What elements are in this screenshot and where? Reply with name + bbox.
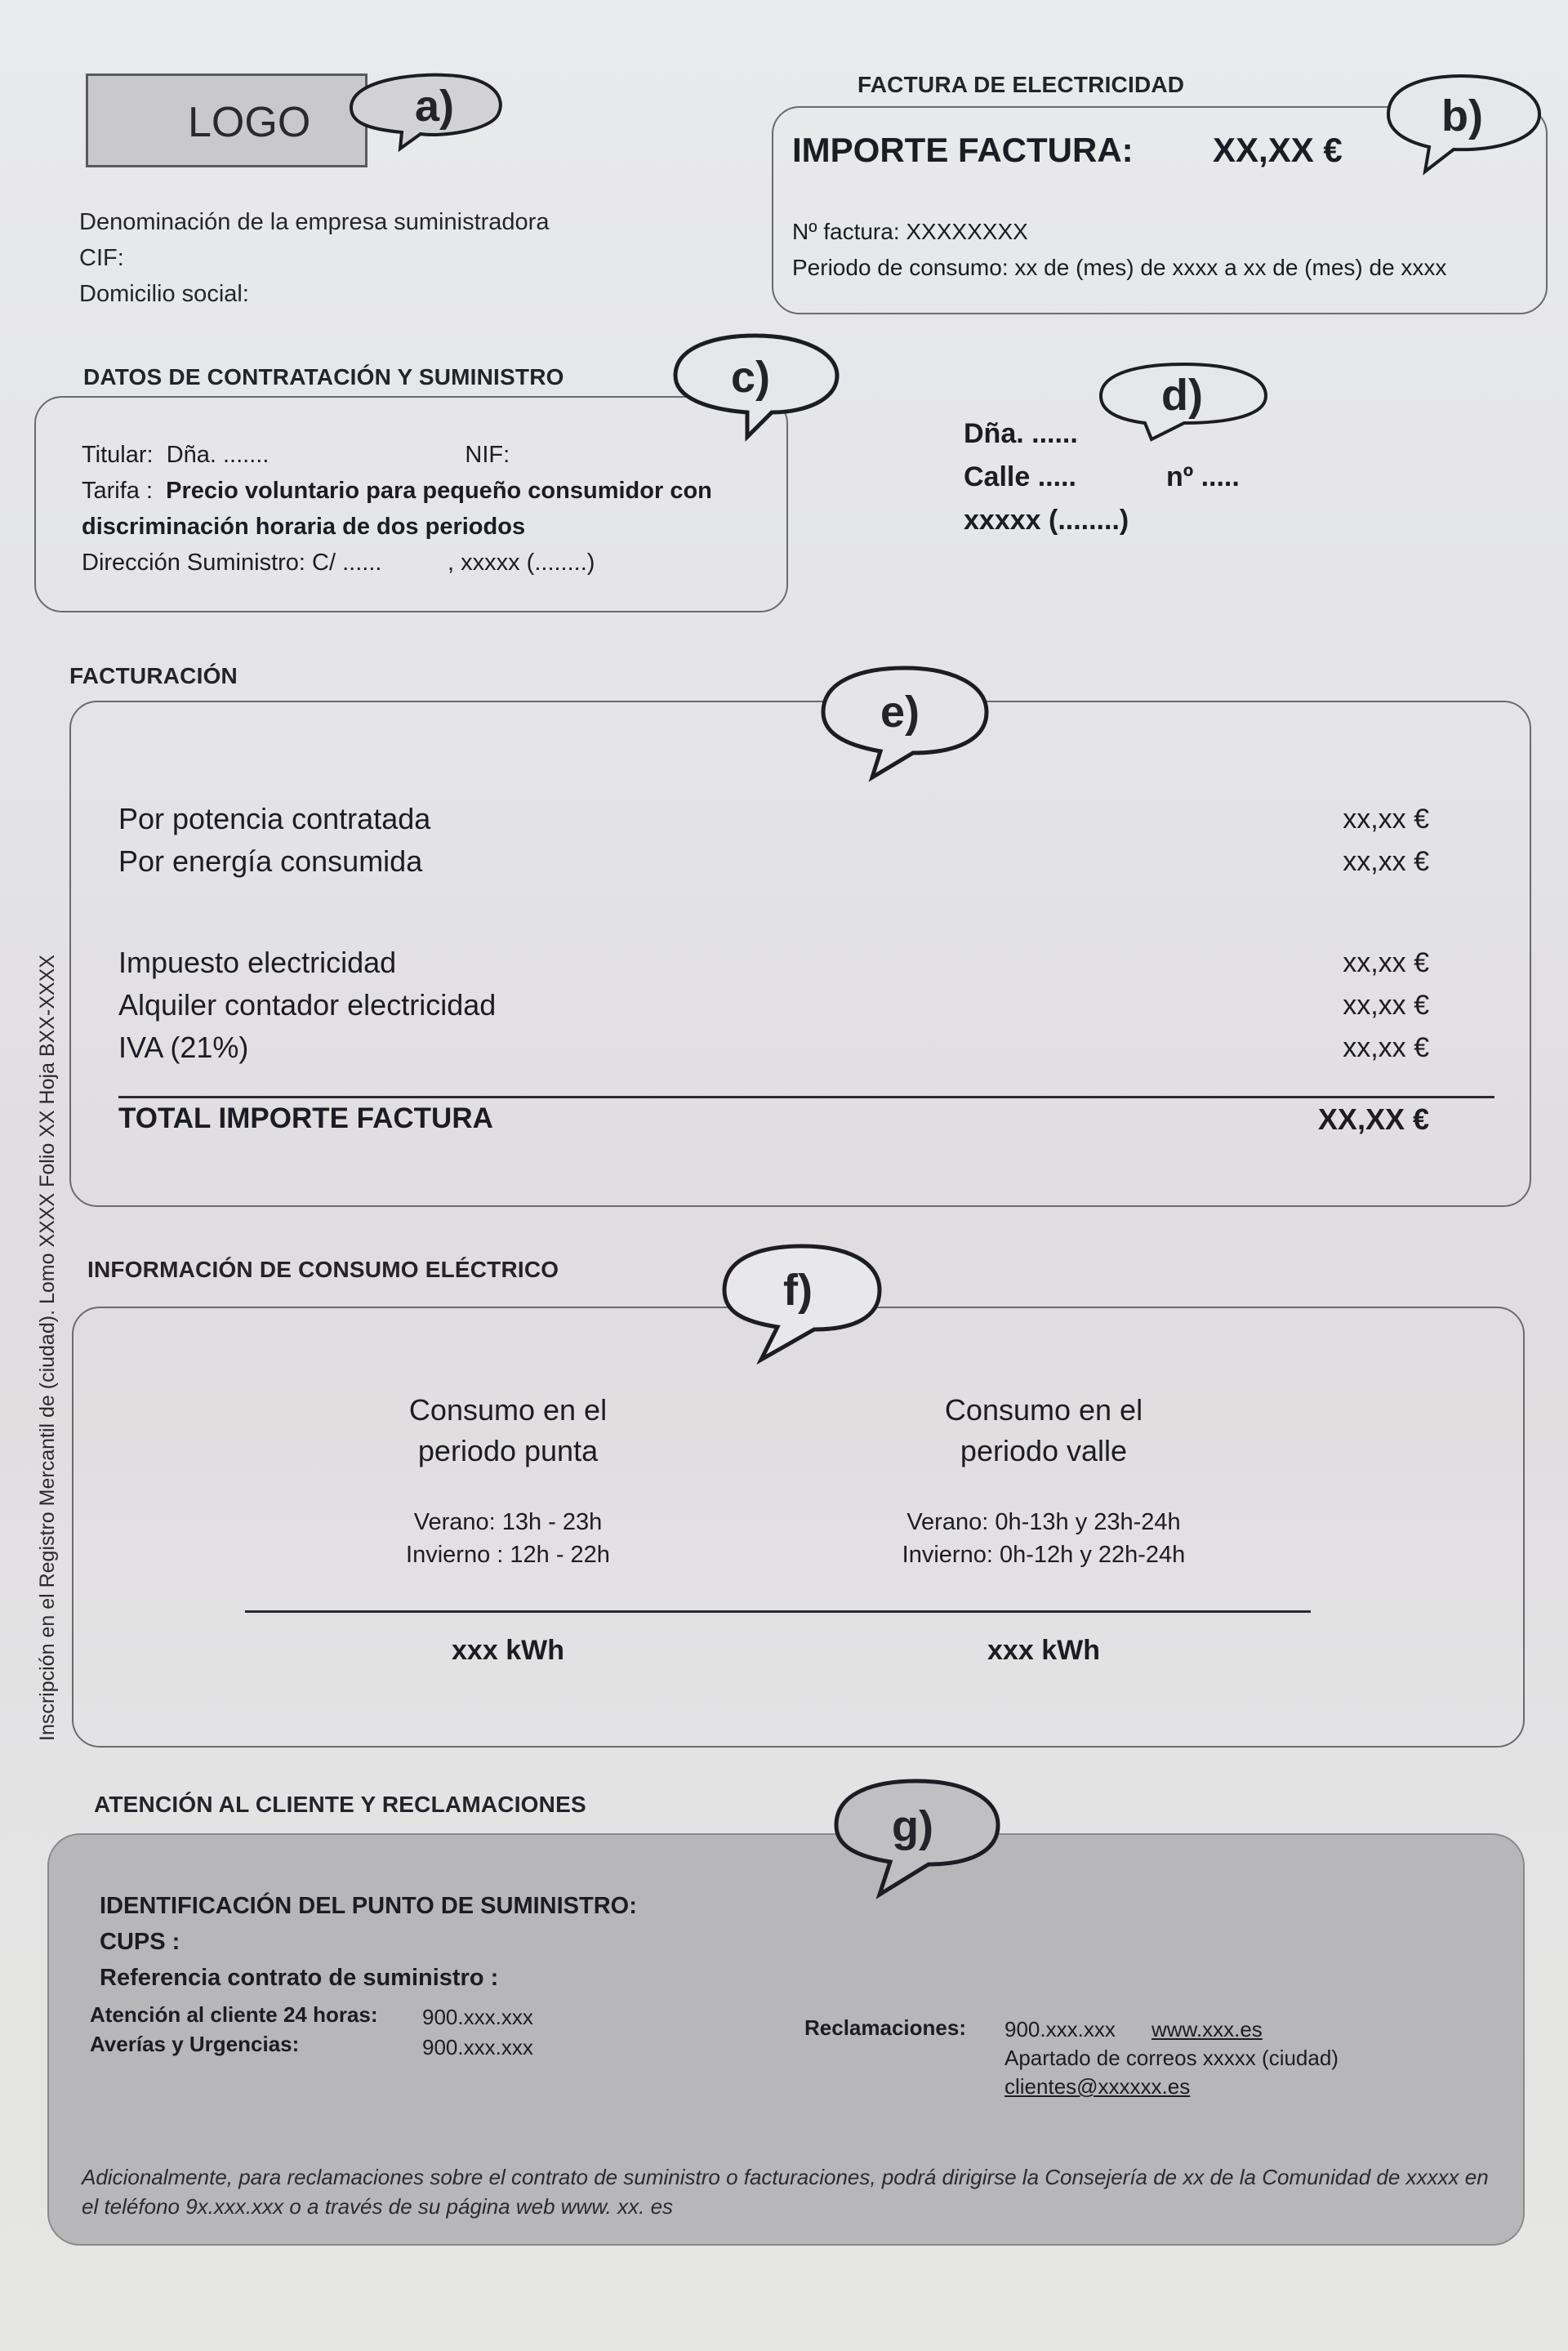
claims-web-link[interactable]: www.xxx.es <box>1151 2017 1263 2042</box>
billing-item-label: Impuesto electricidad <box>118 946 396 980</box>
peak-summer-hours: Verano: 13h - 23h <box>296 1506 720 1538</box>
valley-period: Consumo en el periodo valle Verano: 0h-1… <box>831 1390 1256 1667</box>
peak-kwh: xxx kWh <box>296 1635 720 1667</box>
svg-text:b): b) <box>1441 91 1483 140</box>
consumption-period: Periodo de consumo: xx de (mes) de xxxx … <box>792 250 1446 286</box>
callout-f: f) <box>716 1241 888 1368</box>
invoice-details: Nº factura: XXXXXXXX Periodo de consumo:… <box>792 214 1446 286</box>
billing-item-value: xx,xx € <box>1343 1032 1429 1064</box>
billing-item-label: Por energía consumida <box>118 844 422 879</box>
invoice-section-title: FACTURA DE ELECTRICIDAD <box>857 72 1184 98</box>
billing-section-title: FACTURACIÓN <box>69 663 238 689</box>
valley-summer-hours: Verano: 0h-13h y 23h-24h <box>831 1506 1256 1538</box>
billing-item-value: xx,xx € <box>1343 846 1429 878</box>
claims-po-box: Apartado de correos xxxxx (ciudad) <box>1004 2046 1339 2071</box>
recipient-street: Calle ..... <box>964 461 1076 492</box>
billing-item-value: xx,xx € <box>1343 990 1429 1022</box>
amount-value: XX,XX € <box>1213 131 1343 170</box>
svg-text:d): d) <box>1161 371 1203 420</box>
supply-id-title: IDENTIFICACIÓN DEL PUNTO DE SUMINISTRO: <box>100 1888 637 1924</box>
claims-label: Reclamaciones: <box>804 2015 966 2041</box>
breakdown-phone[interactable]: 900.xxx.xxx <box>422 2035 533 2060</box>
svg-text:f): f) <box>783 1266 813 1315</box>
company-cif: CIF: <box>79 240 549 276</box>
svg-text:a): a) <box>415 82 454 131</box>
peak-title-1: Consumo en el <box>296 1390 720 1431</box>
company-name: Denominación de la empresa suministrador… <box>79 204 549 240</box>
consumption-section-title: INFORMACIÓN DE CONSUMO ELÉCTRICO <box>87 1257 559 1283</box>
contract-ref-label: Referencia contrato de suministro : <box>100 1960 637 1996</box>
holder-value: Dña. ....... <box>167 442 269 468</box>
valley-kwh: xxx kWh <box>831 1635 1256 1667</box>
invoice-number: Nº factura: XXXXXXXX <box>792 214 1446 250</box>
supply-address: Dirección Suministro: C/ ...... , xxxxx … <box>82 545 712 581</box>
contract-section-title: DATOS DE CONTRATACIÓN Y SUMINISTRO <box>83 364 564 390</box>
tariff-label: Tarifa : <box>82 478 153 504</box>
billing-item-label: IVA (21%) <box>118 1031 248 1065</box>
logo: LOGO <box>188 98 310 147</box>
total-label: TOTAL IMPORTE FACTURA <box>118 1102 493 1135</box>
cups-label: CUPS : <box>100 1924 637 1960</box>
callout-e: e) <box>815 663 995 786</box>
peak-period: Consumo en el periodo punta Verano: 13h … <box>296 1390 720 1667</box>
recipient-number: nº ..... <box>1166 461 1240 492</box>
svg-text:e): e) <box>880 688 920 737</box>
company-address: Domicilio social: <box>79 276 549 312</box>
holder-label: Titular: <box>82 442 154 468</box>
customer-service-section-title: ATENCIÓN AL CLIENTE Y RECLAMACIONES <box>94 1792 586 1818</box>
tariff-value: Precio voluntario para pequeño consumido… <box>166 478 712 504</box>
contract-details: Titular: Dña. .......NIF: Tarifa : Preci… <box>82 437 712 581</box>
billing-item-value: xx,xx € <box>1343 804 1429 835</box>
callout-g: g) <box>826 1776 1006 1903</box>
valley-title-2: periodo valle <box>831 1431 1256 1472</box>
registry-info: Inscripción en el Registro Mercantil de … <box>36 955 60 1741</box>
nif-label: NIF: <box>465 442 510 468</box>
peak-winter-hours: Invierno : 12h - 22h <box>296 1538 720 1571</box>
billing-item-label: Alquiler contador electricidad <box>118 988 496 1022</box>
svg-text:c): c) <box>731 353 770 402</box>
claims-email-link[interactable]: clientes@xxxxxx.es <box>1004 2074 1190 2099</box>
peak-title-2: periodo punta <box>296 1431 720 1472</box>
total-value: XX,XX € <box>1318 1102 1429 1137</box>
support-phone[interactable]: 900.xxx.xxx <box>422 2005 533 2030</box>
amount-label: IMPORTE FACTURA: <box>792 131 1134 170</box>
billing-item-value: xx,xx € <box>1343 947 1429 979</box>
callout-c: c) <box>666 331 845 449</box>
callout-a: a) <box>343 67 514 161</box>
claims-phone[interactable]: 900.xxx.xxx <box>1004 2017 1116 2042</box>
consumption-divider <box>245 1610 1311 1613</box>
support-label: Atención al cliente 24 horas: <box>90 2002 378 2028</box>
svg-text:g): g) <box>892 1802 933 1851</box>
valley-title-1: Consumo en el <box>831 1390 1256 1431</box>
valley-winter-hours: Invierno: 0h-12h y 22h-24h <box>831 1538 1256 1571</box>
tariff-value-cont: discriminación horaria de dos periodos <box>82 514 525 540</box>
supply-point-info: IDENTIFICACIÓN DEL PUNTO DE SUMINISTRO: … <box>100 1888 637 1996</box>
total-divider <box>118 1096 1494 1098</box>
callout-b: b) <box>1376 69 1548 180</box>
callout-d: d) <box>1094 359 1274 453</box>
consumption-box <box>72 1307 1525 1748</box>
additional-note: Adicionalmente, para reclamaciones sobre… <box>82 2162 1503 2221</box>
billing-item-label: Por potencia contratada <box>118 802 430 836</box>
breakdown-label: Averías y Urgencias: <box>90 2032 299 2057</box>
company-info: Denominación de la empresa suministrador… <box>79 204 549 312</box>
recipient-city: xxxxx (........) <box>964 499 1240 542</box>
